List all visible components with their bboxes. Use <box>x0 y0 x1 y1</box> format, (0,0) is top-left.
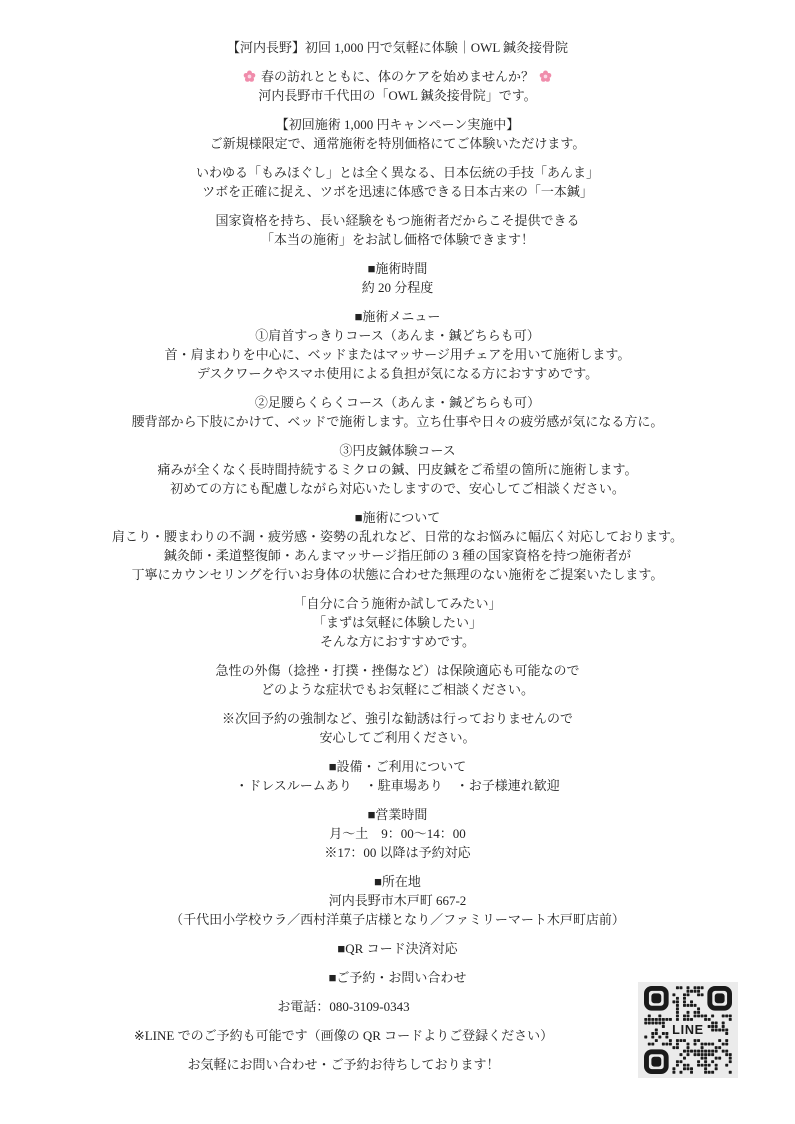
location-address: 河内長野市木戸町 667-2 <box>0 891 795 910</box>
facility-block: ■設備・ご利用について ・ドレスルームあり ・駐車場あり ・お子様連れ歓迎 <box>0 757 795 795</box>
no-pressure-block: ※次回予約の強制など、強引な勧誘は行っておりませんので 安心してご利用ください。 <box>0 709 795 747</box>
menu-header: ■施術メニュー <box>0 307 795 326</box>
greeting-block: 春の訪れとともに、体のケアを始めませんか？ 河内長野市千代田の「OWL 鍼灸接骨… <box>0 67 795 105</box>
technique-line-1: いわゆる「もみほぐし」とは全く異なる、日本伝統の手技「あんま」 <box>0 163 795 182</box>
location-block: ■所在地 河内長野市木戸町 667-2 （千代田小学校ウラ／西村洋菓子店様となり… <box>0 872 795 929</box>
hours-line-1: 月～土 9：00～14：00 <box>0 824 795 843</box>
page-title-block: 【河内長野】初回 1,000 円で気軽に体験｜OWL 鍼灸接骨院 <box>0 38 795 57</box>
hours-block: ■営業時間 月～土 9：00～14：00 ※17：00 以降は予約対応 <box>0 805 795 862</box>
no-pressure-line-2: 安心してご利用ください。 <box>0 728 795 747</box>
technique-line-2: ツボを正確に捉え、ツボを迅速に体感できる日本古来の「一本鍼」 <box>0 182 795 201</box>
recommend-line-1: 「自分に合う施術か試してみたい」 <box>0 594 795 613</box>
line-qr-code: LINE <box>638 982 738 1078</box>
campaign-block: 【初回施術 1,000 円キャンペーン実施中】 ご新規様限定で、通常施術を特別価… <box>0 115 795 153</box>
technique-block: いわゆる「もみほぐし」とは全く異なる、日本伝統の手技「あんま」 ツボを正確に捉え… <box>0 163 795 201</box>
sakura-icon <box>539 70 552 83</box>
course2-desc-1: 腰背部から下肢にかけて、ベッドで施術します。立ち仕事や日々の疲労感が気になる方に… <box>0 412 795 431</box>
location-landmark: （千代田小学校ウラ／西村洋菓子店様となり／ファミリーマート木戸町店前） <box>0 910 795 929</box>
qualification-line-1: 国家資格を持ち、長い経験をもつ施術者だからこそ提供できる <box>0 211 795 230</box>
campaign-headline: 【初回施術 1,000 円キャンペーン実施中】 <box>0 115 795 134</box>
recommend-line-2: 「まずは気軽に体験したい」 <box>0 613 795 632</box>
menu-course1-block: ■施術メニュー ①肩首すっきりコース（あんま・鍼どちらも可） 首・肩まわりを中心… <box>0 307 795 383</box>
facility-header: ■設備・ご利用について <box>0 757 795 776</box>
line-reservation-block: ※LINE でのご予約も可能です（画像の QR コードよりご登録ください） <box>0 1026 687 1045</box>
location-header: ■所在地 <box>0 872 795 891</box>
greeting-line-1: 春の訪れとともに、体のケアを始めませんか？ <box>0 67 795 86</box>
closing-block: お気軽にお問い合わせ・ご予約お待ちしております！ <box>0 1055 687 1074</box>
no-pressure-line-1: ※次回予約の強制など、強引な勧誘は行っておりませんので <box>0 709 795 728</box>
course1-desc-2: デスクワークやスマホ使用による負担が気になる方におすすめです。 <box>0 364 795 383</box>
course3-title: ③円皮鍼体験コース <box>0 441 795 460</box>
contact-details-group: お電話：080-3109-0343 ※LINE でのご予約も可能です（画像の Q… <box>0 997 687 1074</box>
closing-message: お気軽にお問い合わせ・ご予約お待ちしております！ <box>0 1055 687 1074</box>
course1-desc-1: 首・肩まわりを中心に、ベッドまたはマッサージ用チェアを用いて施術します。 <box>0 345 795 364</box>
qr-payment-header: ■QR コード決済対応 <box>0 939 795 958</box>
about-treatment-header: ■施術について <box>0 508 795 527</box>
about-treatment-line-1: 肩こり・腰まわりの不調・疲労感・姿勢の乱れなど、日常的なお悩みに幅広く対応してお… <box>0 527 795 546</box>
about-treatment-block: ■施術について 肩こり・腰まわりの不調・疲労感・姿勢の乱れなど、日常的なお悩みに… <box>0 508 795 584</box>
duration-header: ■施術時間 <box>0 259 795 278</box>
course2-title: ②足腰らくらくコース（あんま・鍼どちらも可） <box>0 393 795 412</box>
phone-block: お電話：080-3109-0343 <box>0 997 687 1016</box>
qr-line-label: LINE <box>672 1023 704 1037</box>
page-title: 【河内長野】初回 1,000 円で気軽に体験｜OWL 鍼灸接骨院 <box>0 38 795 57</box>
recommend-block: 「自分に合う施術か試してみたい」 「まずは気軽に体験したい」 そんな方におすすめ… <box>0 594 795 651</box>
campaign-detail: ご新規様限定で、通常施術を特別価格にてご体験いただけます。 <box>0 134 795 153</box>
line-reservation-note: ※LINE でのご予約も可能です（画像の QR コードよりご登録ください） <box>0 1026 687 1045</box>
insurance-line-1: 急性の外傷（捻挫・打撲・挫傷など）は保険適応も可能なので <box>0 661 795 680</box>
qr-payment-block: ■QR コード決済対応 <box>0 939 795 958</box>
phone-number: お電話：080-3109-0343 <box>0 997 687 1016</box>
course3-desc-2: 初めての方にも配慮しながら対応いたしますので、安心してご相談ください。 <box>0 479 795 498</box>
insurance-line-2: どのような症状でもお気軽にご相談ください。 <box>0 680 795 699</box>
menu-course3-block: ③円皮鍼体験コース 痛みが全くなく長時間持続するミクロの鍼、円皮鍼をご希望の箇所… <box>0 441 795 498</box>
sakura-icon <box>243 70 256 83</box>
facility-items: ・ドレスルームあり ・駐車場あり ・お子様連れ歓迎 <box>0 776 795 795</box>
qualification-block: 国家資格を持ち、長い経験をもつ施術者だからこそ提供できる 「本当の施術」をお試し… <box>0 211 795 249</box>
duration-block: ■施術時間 約 20 分程度 <box>0 259 795 297</box>
about-treatment-line-3: 丁寧にカウンセリングを行いお身体の状態に合わせた無理のない施術をご提案いたします… <box>0 565 795 584</box>
flyer-document: 【河内長野】初回 1,000 円で気軽に体験｜OWL 鍼灸接骨院 春の訪れととも… <box>0 0 795 1074</box>
menu-course2-block: ②足腰らくらくコース（あんま・鍼どちらも可） 腰背部から下肢にかけて、ベッドで施… <box>0 393 795 431</box>
course3-desc-1: 痛みが全くなく長時間持続するミクロの鍼、円皮鍼をご希望の箇所に施術します。 <box>0 460 795 479</box>
hours-header: ■営業時間 <box>0 805 795 824</box>
hours-line-2: ※17：00 以降は予約対応 <box>0 843 795 862</box>
duration-value: 約 20 分程度 <box>0 278 795 297</box>
qualification-line-2: 「本当の施術」をお試し価格で体験できます！ <box>0 230 795 249</box>
recommend-line-3: そんな方におすすめです。 <box>0 632 795 651</box>
greeting-text: 春の訪れとともに、体のケアを始めませんか？ <box>261 69 534 84</box>
greeting-line-2: 河内長野市千代田の「OWL 鍼灸接骨院」です。 <box>0 86 795 105</box>
course1-title: ①肩首すっきりコース（あんま・鍼どちらも可） <box>0 326 795 345</box>
about-treatment-line-2: 鍼灸師・柔道整復師・あんまマッサージ指圧師の 3 種の国家資格を持つ施術者が <box>0 546 795 565</box>
insurance-block: 急性の外傷（捻挫・打撲・挫傷など）は保険適応も可能なので どのような症状でもお気… <box>0 661 795 699</box>
